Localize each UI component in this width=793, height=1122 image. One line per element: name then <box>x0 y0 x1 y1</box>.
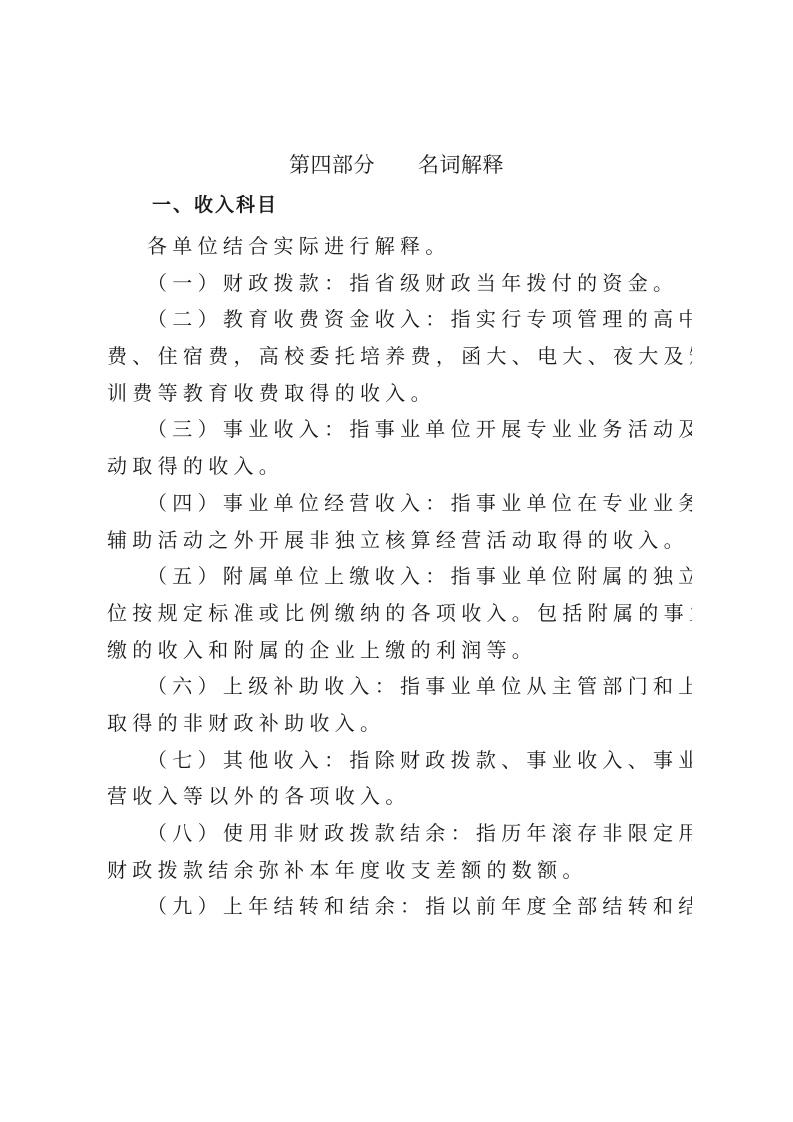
page-title: 第四部分 名词解释 <box>0 150 793 180</box>
item-5-line-2: 位按规定标准或比例缴纳的各项收入。包括附属的事业单位上 <box>107 595 692 632</box>
document-page: 第四部分 名词解释 一、收入科目 各单位结合实际进行解释。 （一）财政拨款：指省… <box>0 0 793 1122</box>
item-8-line-2: 财政拨款结余弥补本年度收支差额的数额。 <box>107 852 692 889</box>
item-3-line-1: （三）事业收入：指事业单位开展专业业务活动及辅助活 <box>107 411 692 448</box>
item-6-line-1: （六）上级补助收入：指事业单位从主管部门和上级单位 <box>107 668 692 705</box>
item-6-line-2: 取得的非财政补助收入。 <box>107 705 692 742</box>
item-7-line-2: 营收入等以外的各项收入。 <box>107 778 692 815</box>
item-4-line-2: 辅助活动之外开展非独立核算经营活动取得的收入。 <box>107 522 692 559</box>
item-4-line-1: （四）事业单位经营收入：指事业单位在专业业务活动及 <box>107 485 692 522</box>
item-1-line: （一）财政拨款：指省级财政当年拨付的资金。 <box>107 265 692 302</box>
item-3-line-2: 动取得的收入。 <box>107 448 692 485</box>
item-5-line-3: 缴的收入和附属的企业上缴的利润等。 <box>107 632 692 669</box>
item-9-line-1: （九）上年结转和结余：指以前年度全部结转和结余的资 <box>107 888 692 925</box>
item-7-line-1: （七）其他收入：指除财政拨款、事业收入、事业单位经 <box>107 742 692 779</box>
item-2-line-3: 训费等教育收费取得的收入。 <box>107 375 692 412</box>
section-heading: 一、收入科目 <box>152 191 278 219</box>
intro-line: 各单位结合实际进行解释。 <box>107 228 692 265</box>
item-5-line-1: （五）附属单位上缴收入：指事业单位附属的独立核算单 <box>107 558 692 595</box>
item-8-line-1: （八）使用非财政拨款结余：指历年滚存非限定用途的非 <box>107 815 692 852</box>
item-2-line-2: 费、住宿费，高校委托培养费，函大、电大、夜大及短训班培 <box>107 338 692 375</box>
item-2-line-1: （二）教育收费资金收入：指实行专项管理的高中以上学 <box>107 301 692 338</box>
document-body: 各单位结合实际进行解释。 （一）财政拨款：指省级财政当年拨付的资金。 （二）教育… <box>107 228 692 925</box>
